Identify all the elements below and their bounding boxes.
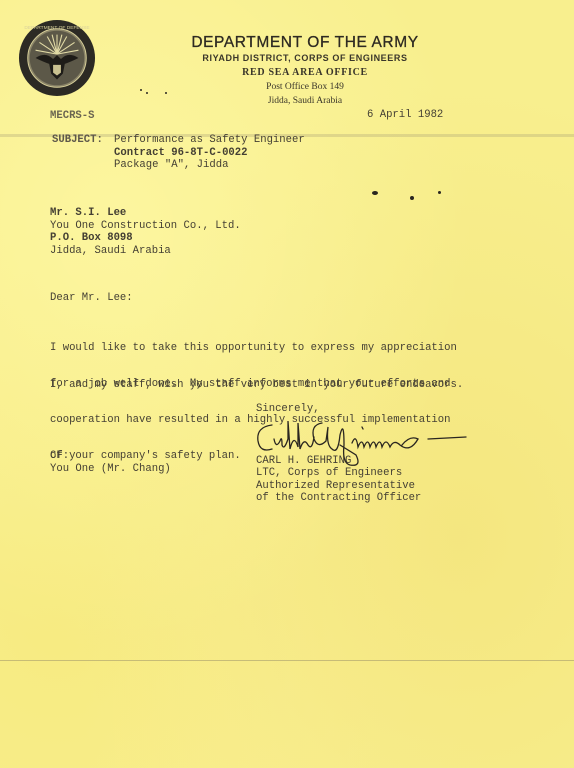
letterhead: DEPARTMENT OF THE ARMY RIYADH DISTRICT, …: [140, 34, 470, 108]
subject-line: Contract 96-8T-C-0022: [52, 147, 305, 160]
subject-block: SUBJECT:Performance as Safety Engineer C…: [52, 134, 305, 172]
salutation: Dear Mr. Lee:: [50, 292, 133, 304]
paper-speck: [146, 92, 148, 94]
handwritten-signature-icon: [252, 415, 472, 470]
recipient-name: Mr. S.I. Lee: [50, 207, 241, 220]
letterhead-address-line: Post Office Box 149: [140, 80, 470, 94]
signer-title: Authorized Representative: [256, 480, 421, 493]
letter-date: 6 April 1982: [367, 109, 443, 121]
closing-paragraph: I, and my staff, wish you the very best …: [50, 379, 463, 391]
subject-line: Performance as Safety Engineer: [114, 134, 305, 146]
recipient-address: Mr. S.I. Lee You One Construction Co., L…: [50, 207, 241, 257]
paper-speck: [372, 191, 378, 195]
office-reference: MECRS-S: [50, 110, 95, 122]
paper-speck: [410, 196, 414, 200]
valediction: Sincerely,: [256, 403, 421, 416]
svg-text:DEPARTMENT OF DEFENSE: DEPARTMENT OF DEFENSE: [24, 25, 90, 31]
cf-recipient: You One (Mr. Chang): [50, 463, 171, 476]
recipient-po-box: P.O. Box 8098: [50, 232, 241, 245]
recipient-company: You One Construction Co., Ltd.: [50, 220, 241, 233]
letterhead-title: DEPARTMENT OF THE ARMY: [140, 34, 470, 52]
paper-speck: [438, 191, 441, 194]
letterhead-office: RED SEA AREA OFFICE: [140, 66, 470, 80]
letterhead-address-line: Jidda, Saudi Arabia: [140, 94, 470, 108]
recipient-city: Jidda, Saudi Arabia: [50, 245, 241, 258]
subject-label: SUBJECT:: [52, 134, 114, 147]
department-of-defense-seal-icon: DEPARTMENT OF DEFENSE: [18, 19, 96, 97]
body-line: I would like to take this opportunity to…: [50, 342, 470, 354]
carbon-copy-block: CF: You One (Mr. Chang): [50, 450, 171, 475]
paper-speck: [140, 89, 142, 91]
paper-fold-line: [0, 660, 574, 661]
cf-label: CF:: [50, 450, 171, 463]
subject-line: Package "A", Jidda: [52, 159, 305, 172]
paper-speck: [165, 92, 167, 94]
signer-title: of the Contracting Officer: [256, 492, 421, 505]
letterhead-district: RIYADH DISTRICT, CORPS OF ENGINEERS: [140, 52, 470, 65]
